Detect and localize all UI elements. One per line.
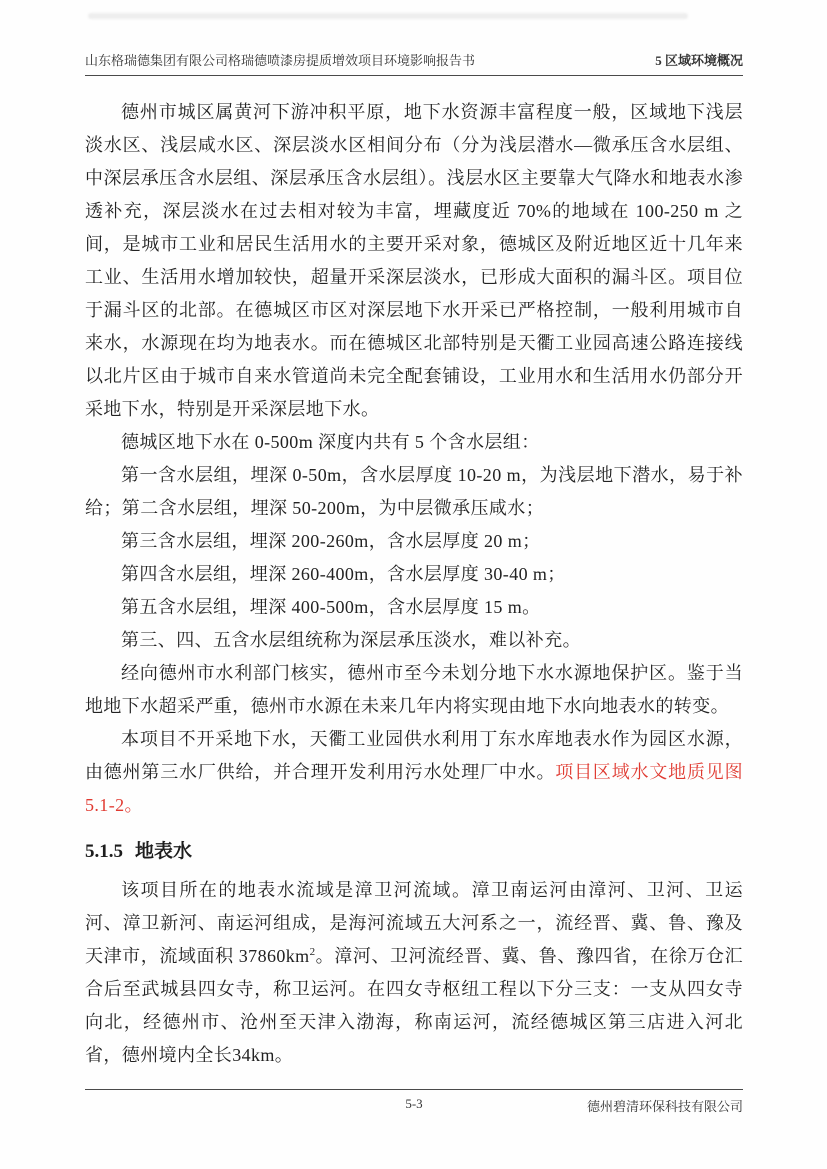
section-heading-5-1-5: 5.1.5地表水 <box>85 837 743 867</box>
paragraph-aquifer-intro: 德城区地下水在 0-500m 深度内共有 5 个含水层组： <box>85 426 743 459</box>
scan-artifact <box>88 13 688 19</box>
paragraph-water-source-protection: 经向德州市水利部门核实，德州市至今未划分地下水水源地保护区。鉴于当地地下水超采严… <box>85 657 743 723</box>
paragraph-aquifer-3: 第三含水层组，埋深 200-260m，含水层厚度 20 m； <box>85 525 743 558</box>
paragraph-aquifer-summary: 第三、四、五含水层组统称为深层承压淡水，难以补充。 <box>85 624 743 657</box>
paragraph-aquifer-5: 第五含水层组，埋深 400-500m，含水层厚度 15 m。 <box>85 591 743 624</box>
section-number: 5.1.5 <box>85 841 123 862</box>
paragraph-aquifer-1-2: 第一含水层组，埋深 0-50m，含水层厚度 10-20 m，为浅层地下潜水，易于… <box>85 459 743 525</box>
paragraph-surface-water: 该项目所在的地表水流域是漳卫河流域。漳卫南运河由漳河、卫河、卫运河、漳卫新河、南… <box>85 874 743 1072</box>
paragraph-groundwater-overview: 德州市城区属黄河下游冲积平原，地下水资源丰富程度一般，区域地下浅层淡水区、浅层咸… <box>85 96 743 426</box>
page-footer: 5-3 德州碧清环保科技有限公司 <box>85 1089 743 1118</box>
document-body: 德州市城区属黄河下游冲积平原，地下水资源丰富程度一般，区域地下浅层淡水区、浅层咸… <box>85 96 743 1072</box>
footer-company-name: 德州碧清环保科技有限公司 <box>587 1096 743 1115</box>
report-page: 山东格瑞德集团有限公司格瑞德喷漆房提质增效项目环境影响报告书 5 区域环境概况 … <box>0 0 827 1169</box>
header-report-title: 山东格瑞德集团有限公司格瑞德喷漆房提质增效项目环境影响报告书 <box>85 52 475 70</box>
paragraph-project-water-supply: 本项目不开采地下水，天衢工业园供水利用丁东水库地表水作为园区水源，由德州第三水厂… <box>85 723 743 822</box>
header-chapter-label: 5 区域环境概况 <box>655 52 743 70</box>
paragraph-aquifer-4: 第四含水层组，埋深 260-400m，含水层厚度 30-40 m； <box>85 558 743 591</box>
section-title: 地表水 <box>135 841 192 862</box>
page-header: 山东格瑞德集团有限公司格瑞德喷漆房提质增效项目环境影响报告书 5 区域环境概况 <box>85 52 743 76</box>
